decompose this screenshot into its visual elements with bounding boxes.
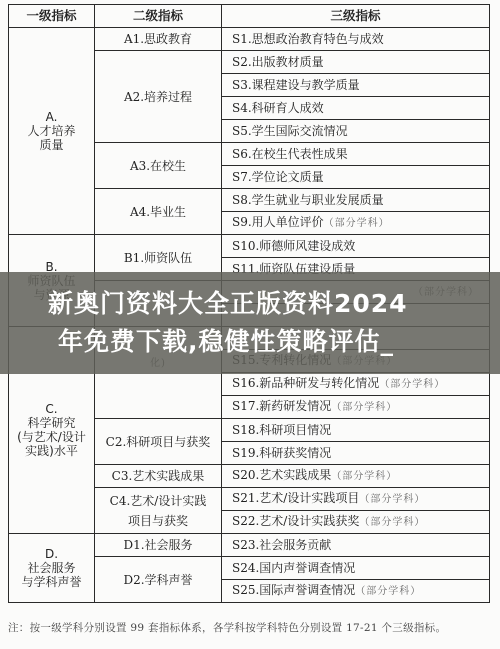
level3-cell: S21.艺术/设计实践项目（部分学科） [222, 488, 490, 511]
level3-cell: S9.用人单位评价（部分学科） [222, 212, 490, 235]
level2-cell: A2.培养过程 [95, 51, 222, 143]
header-level2: 二级指标 [95, 5, 222, 28]
level3-cell: S8.学生就业与职业发展质量 [222, 189, 490, 212]
level2-cell: A4.毕业生 [95, 189, 222, 235]
level3-cell: S5.学生国际交流情况 [222, 120, 490, 143]
level3-cell: S6.在校生代表性成果 [222, 143, 490, 166]
level3-cell: S23.社会服务贡献 [222, 534, 490, 557]
level3-cell: S3.课程建设与教学质量 [222, 74, 490, 97]
level1-cell-a: A. 人才培养 质量 [9, 28, 95, 235]
level3-cell: S4.科研育人成效 [222, 97, 490, 120]
level2-cell: A1.思政教育 [95, 28, 222, 51]
level2-cell: A3.在校生 [95, 143, 222, 189]
header-level1: 一级指标 [9, 5, 95, 28]
level3-cell: S10.师德师风建设成效 [222, 235, 490, 258]
level2-cell: D2.学科声誉 [95, 557, 222, 603]
footnote: 注：按一级学科分别设置 99 套指标体系，各学科按学科特色分别设置 17-21 … [8, 620, 446, 635]
level2-cell: C2.科研项目与获奖 [95, 419, 222, 465]
level3-cell: S16.新品种研发与转化情况（部分学科） [222, 373, 490, 396]
table-row: B. 师资队伍 与资源 B1.师资队伍 S10.师德师风建设成效 [9, 235, 490, 258]
level2-cell: C4.艺术/设计实践 项目与获奖 [95, 488, 222, 534]
banner-line-2: 年免费下载,稳健性策略评估_ [0, 323, 394, 361]
level3-cell: S7.学位论文质量 [222, 166, 490, 189]
level3-cell: S25.国际声誉调查情况（部分学科） [222, 580, 490, 603]
level3-cell: S19.科研获奖情况 [222, 442, 490, 465]
level3-cell: S22.艺术/设计实践获奖（部分学科） [222, 511, 490, 534]
banner-line-1: 新奥门资料大全正版资料2024 [0, 285, 408, 323]
level2-cell: D1.社会服务 [95, 534, 222, 557]
header-row: 一级指标 二级指标 三级指标 [9, 5, 490, 28]
level3-cell: S1.思想政治教育特色与成效 [222, 28, 490, 51]
table-row: D. 社会服务 与学科声誉 D1.社会服务 S23.社会服务贡献 [9, 534, 490, 557]
level3-cell: S18.科研项目情况 [222, 419, 490, 442]
header-level3: 三级指标 [222, 5, 490, 28]
level2-cell: C3.艺术实践成果 [95, 465, 222, 488]
level3-cell: S2.出版教材质量 [222, 51, 490, 74]
level1-cell-d: D. 社会服务 与学科声誉 [9, 534, 95, 603]
level3-cell: S17.新药研发情况（部分学科） [222, 396, 490, 419]
level3-cell: S20.艺术实践成果（部分学科） [222, 465, 490, 488]
watermark-banner: 新奥门资料大全正版资料2024 年免费下载,稳健性策略评估_ [0, 272, 500, 374]
table-row: A. 人才培养 质量 A1.思政教育 S1.思想政治教育特色与成效 [9, 28, 490, 51]
level3-cell: S24.国内声誉调查情况 [222, 557, 490, 580]
